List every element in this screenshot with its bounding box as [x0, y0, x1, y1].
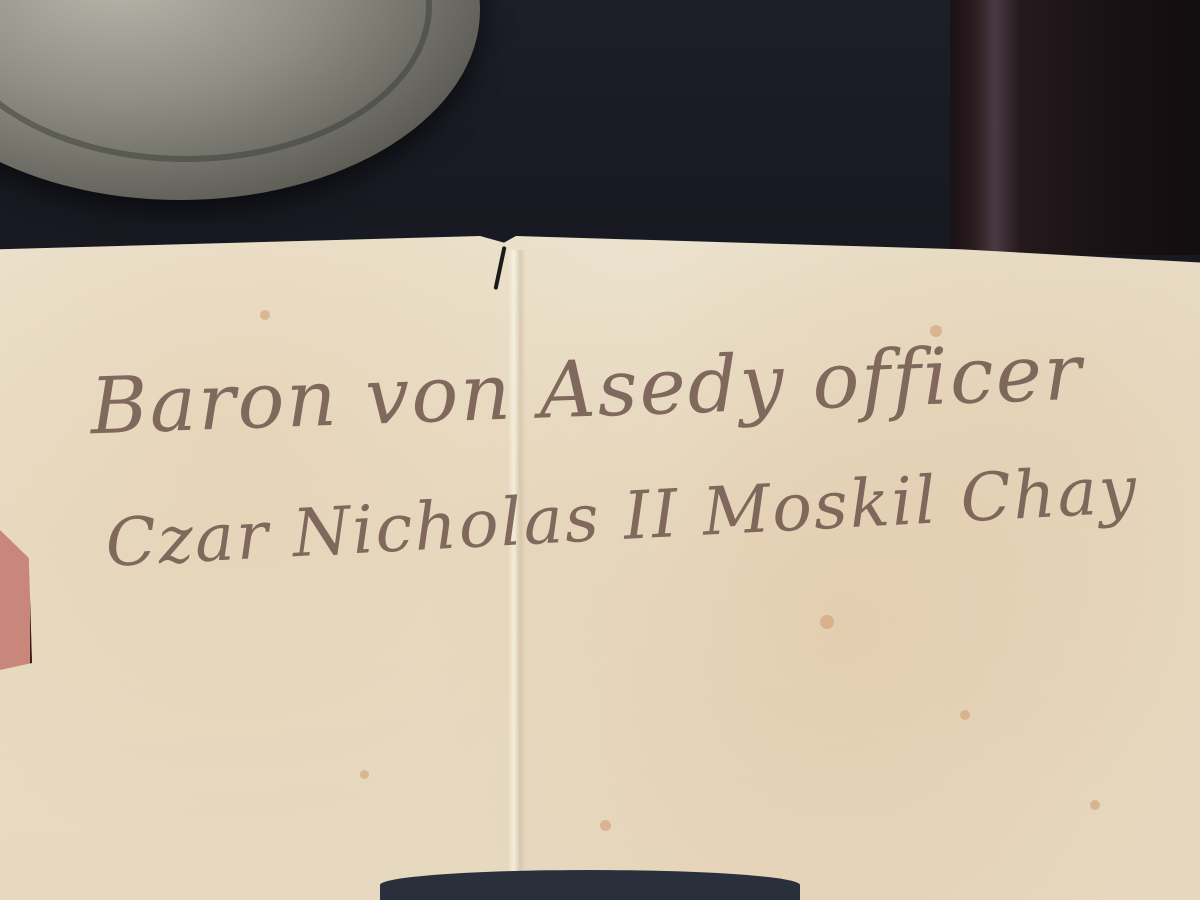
foxing-spot [260, 310, 270, 320]
foxing-spot [360, 770, 369, 779]
dark-rod [950, 0, 1200, 255]
dark-cloth-bottom [380, 870, 800, 900]
foxing-spot [1090, 800, 1100, 810]
foxing-spot [600, 820, 611, 831]
foxing-spot [820, 615, 834, 629]
foxing-spot [960, 710, 970, 720]
